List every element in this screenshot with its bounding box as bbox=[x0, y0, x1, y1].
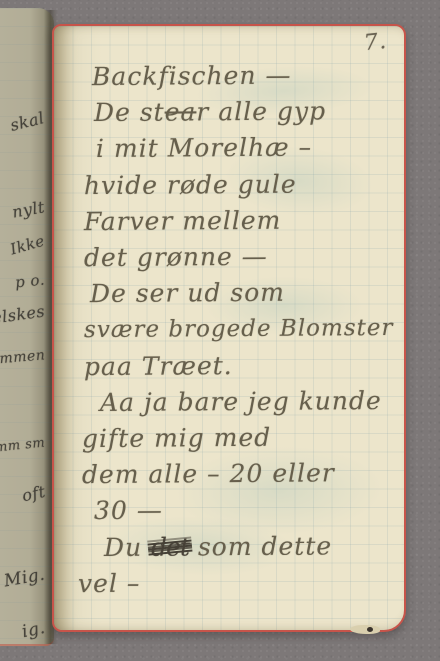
previous-page-text-fragment: sammen bbox=[0, 347, 46, 368]
previous-page-text-fragment: ig. bbox=[20, 618, 47, 642]
manuscript-line: i mit Morelhæ – bbox=[96, 129, 398, 167]
manuscript-text: Du bbox=[104, 532, 151, 561]
page-number: 7. bbox=[363, 29, 388, 56]
previous-page-text-fragment: p o. bbox=[14, 270, 46, 291]
manuscript-text: gifte mig med bbox=[82, 423, 271, 453]
previous-page-text-fragment: oft bbox=[20, 482, 47, 505]
previous-page-text-fragment: mm sm bbox=[0, 435, 46, 455]
manuscript-text: vel – bbox=[78, 569, 141, 598]
manuscript-text: dem alle – 20 eller bbox=[82, 459, 335, 490]
manuscript-line: paa Træet. bbox=[84, 347, 398, 385]
previous-page-text-fragment: Ikke bbox=[8, 232, 47, 259]
manuscript-text: Aa ja bare jeg kunde bbox=[100, 386, 382, 417]
manuscript-line: det grønne — bbox=[84, 238, 398, 276]
worn-corner-chip bbox=[350, 625, 380, 634]
manuscript-line: dem alle – 20 eller bbox=[82, 455, 398, 493]
manuscript-line: 30 — bbox=[94, 491, 398, 529]
previous-page-edge: skalnyltIkkep o.elskessammenmm smoftMig.… bbox=[0, 8, 54, 646]
notebook-page: 7. Backfischen —De stear alle gypi mit M… bbox=[52, 24, 406, 632]
manuscript-line: Aa ja bare jeg kunde bbox=[100, 383, 398, 421]
previous-page-text-fragment: nylt bbox=[11, 197, 47, 221]
manuscript-line: De ser ud som bbox=[90, 274, 398, 312]
manuscript-text: De ser ud som bbox=[90, 278, 285, 308]
manuscript-line: hvide røde gule bbox=[84, 166, 398, 204]
manuscript-line: svære brogede Blomster bbox=[84, 310, 398, 348]
manuscript-text: ea bbox=[165, 98, 197, 127]
previous-page-text-fragment: Mig. bbox=[2, 565, 46, 592]
manuscript-text: det grønne — bbox=[84, 242, 268, 272]
previous-page-text-fragment: elskes bbox=[0, 301, 46, 327]
manuscript-line: Du det som dette bbox=[104, 528, 398, 566]
manuscript-text: 30 — bbox=[94, 496, 163, 525]
scribbled-out-word: det bbox=[151, 529, 189, 565]
manuscript-text: paa Træet. bbox=[84, 351, 233, 381]
manuscript-text: svære brogede Blomster bbox=[84, 315, 394, 343]
manuscript-text: i mit Morelhæ – bbox=[96, 133, 312, 164]
manuscript-line: Farver mellem bbox=[84, 202, 398, 240]
worn-corner-spot bbox=[367, 627, 373, 632]
manuscript-text: De st bbox=[94, 98, 165, 127]
manuscript-text: som dette bbox=[189, 531, 332, 561]
manuscript-text: Backfischen — bbox=[92, 61, 292, 91]
manuscript-text: Farver mellem bbox=[84, 206, 282, 236]
manuscript-line: De stear alle gyp bbox=[94, 93, 398, 131]
manuscript-text: r alle gyp bbox=[196, 97, 326, 127]
manuscript-line: vel – bbox=[78, 564, 398, 602]
manuscript-line: Backfischen — bbox=[92, 57, 398, 95]
manuscript-line: gifte mig med bbox=[82, 419, 398, 457]
manuscript-text-block: Backfischen —De stear alle gypi mit More… bbox=[82, 58, 398, 601]
previous-page-text-fragment: skal bbox=[9, 108, 47, 135]
manuscript-text: hvide røde gule bbox=[84, 169, 297, 199]
